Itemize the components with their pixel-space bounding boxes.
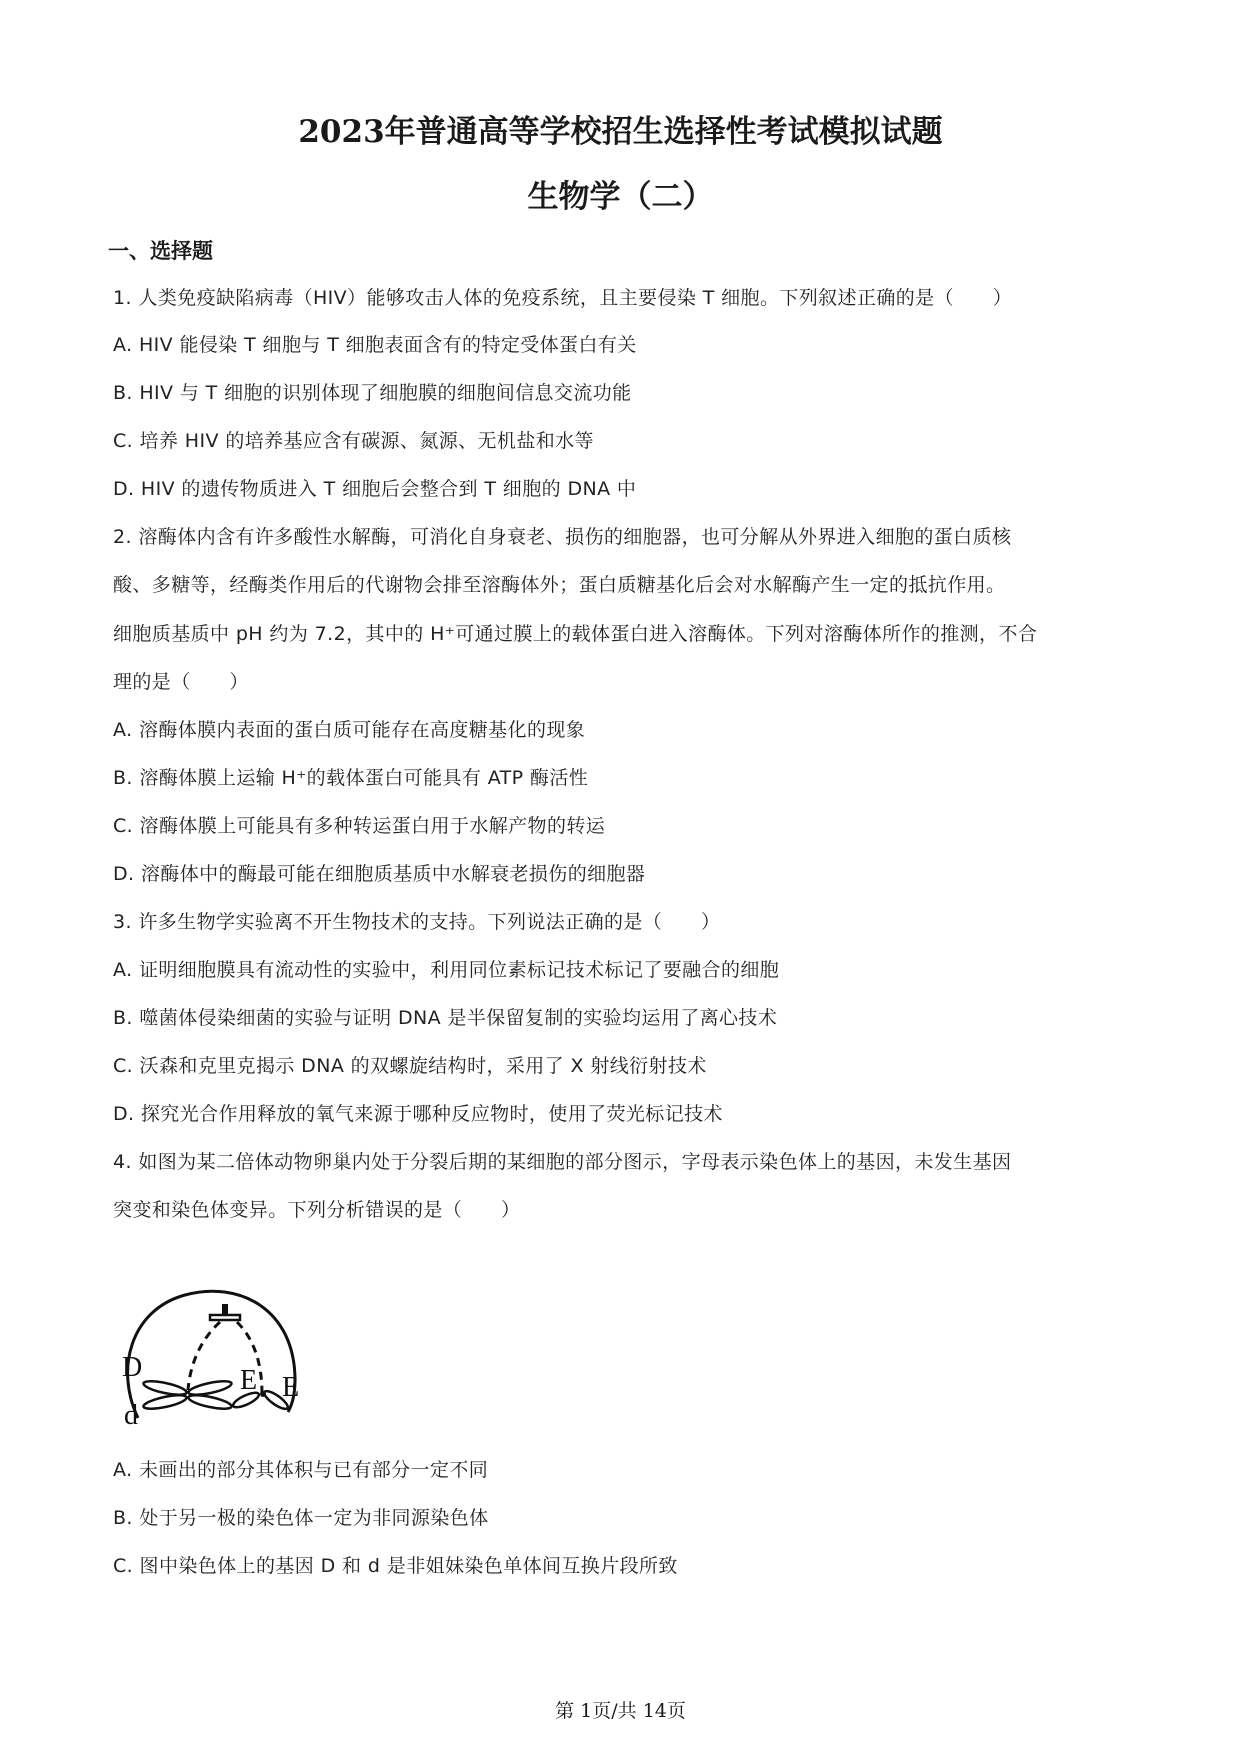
option-a: A. 溶酶体膜内表面的蛋白质可能存在高度糖基化的现象 — [113, 718, 585, 742]
option-c: C. 图中染色体上的基因 D 和 d 是非姐妹染色单体间互换片段所致 — [113, 1554, 678, 1578]
option-c: C. 培养 HIV 的培养基应含有碳源、氮源、无机盐和水等 — [113, 429, 594, 453]
cell-division-figure: D d E E — [110, 1270, 310, 1430]
page-number-footer: 第 1页/共 14页 — [0, 1696, 1241, 1723]
question-stem-line: 1. 人类免疫缺陷病毒（HIV）能够攻击人体的免疫系统，且主要侵染 T 细胞。下… — [113, 286, 1012, 310]
option-d: D. HIV 的遗传物质进入 T 细胞后会整合到 T 细胞的 DNA 中 — [113, 477, 636, 501]
question-stem-line: 理的是（ ） — [113, 670, 249, 694]
question-stem-line: 细胞质基质中 pH 约为 7.2，其中的 H⁺可通过膜上的载体蛋白进入溶酶体。下… — [113, 622, 1037, 646]
question-stem-line: 4. 如图为某二倍体动物卵巢内处于分裂后期的某细胞的部分图示，字母表示染色体上的… — [113, 1150, 1011, 1174]
gene-label-E-left: E — [240, 1365, 257, 1397]
option-a: A. 证明细胞膜具有流动性的实验中，利用同位素标记技术标记了要融合的细胞 — [113, 958, 779, 982]
option-b: B. 噬菌体侵染细菌的实验与证明 DNA 是半保留复制的实验均运用了离心技术 — [113, 1006, 777, 1030]
page-subtitle: 生物学（二） — [0, 171, 1241, 216]
question-stem-line: 3. 许多生物学实验离不开生物技术的支持。下列说法正确的是（ ） — [113, 910, 720, 934]
page-title: 2023年普通高等学校招生选择性考试模拟试题 — [0, 106, 1241, 151]
question-stem-line: 突变和染色体变异。下列分析错误的是（ ） — [113, 1198, 520, 1222]
option-a: A. HIV 能侵染 T 细胞与 T 细胞表面含有的特定受体蛋白有关 — [113, 333, 637, 357]
question-stem-line: 酸、多糖等，经酶类作用后的代谢物会排至溶酶体外；蛋白质糖基化后会对水解酶产生一定… — [113, 573, 1005, 597]
option-a: A. 未画出的部分其体积与已有部分一定不同 — [113, 1458, 488, 1482]
option-c: C. 沃森和克里克揭示 DNA 的双螺旋结构时，采用了 X 射线衍射技术 — [113, 1054, 707, 1078]
gene-label-D: D — [122, 1352, 142, 1384]
chromosome-diagram-icon — [110, 1270, 310, 1430]
option-d: D. 探究光合作用释放的氧气来源于哪种反应物时，使用了荧光标记技术 — [113, 1102, 723, 1126]
option-b: B. 溶酶体膜上运输 H⁺的载体蛋白可能具有 ATP 酶活性 — [113, 766, 588, 790]
section-heading: 一、选择题 — [108, 235, 213, 265]
option-c: C. 溶酶体膜上可能具有多种转运蛋白用于水解产物的转运 — [113, 814, 605, 838]
option-d: D. 溶酶体中的酶最可能在细胞质基质中水解衰老损伤的细胞器 — [113, 862, 645, 886]
option-b: B. HIV 与 T 细胞的识别体现了细胞膜的细胞间信息交流功能 — [113, 381, 632, 405]
option-b: B. 处于另一极的染色体一定为非同源染色体 — [113, 1506, 489, 1530]
gene-label-d: d — [124, 1400, 138, 1432]
gene-label-E-right: E — [282, 1372, 299, 1404]
question-stem-line: 2. 溶酶体内含有许多酸性水解酶，可消化自身衰老、损伤的细胞器，也可分解从外界进… — [113, 525, 1011, 549]
